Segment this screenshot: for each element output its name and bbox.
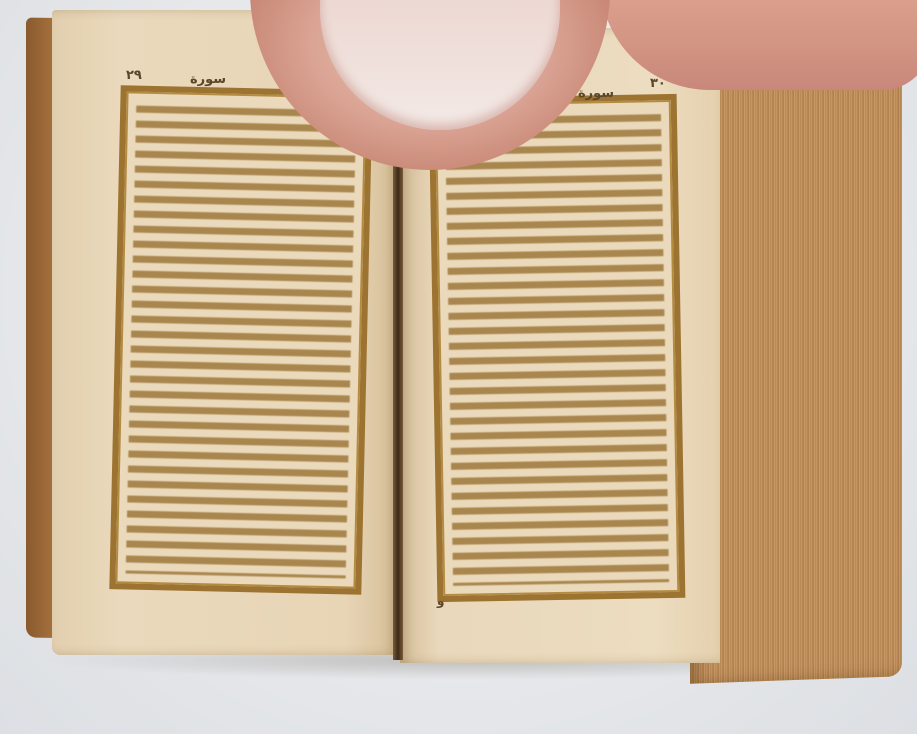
page-edges [690, 36, 902, 683]
photo-scene: ٢٩ سورة ٣٠ سورة و [0, 0, 917, 734]
catchword: و [437, 594, 444, 608]
right-text-block [429, 94, 686, 602]
left-page-header: سورة [190, 72, 226, 87]
book-gutter [393, 160, 403, 660]
left-text-lines [126, 102, 357, 579]
right-text-lines [445, 110, 669, 586]
right-page-header: سورة [578, 86, 614, 101]
left-page-number: ٢٩ [126, 68, 142, 83]
left-text-block [109, 85, 372, 595]
